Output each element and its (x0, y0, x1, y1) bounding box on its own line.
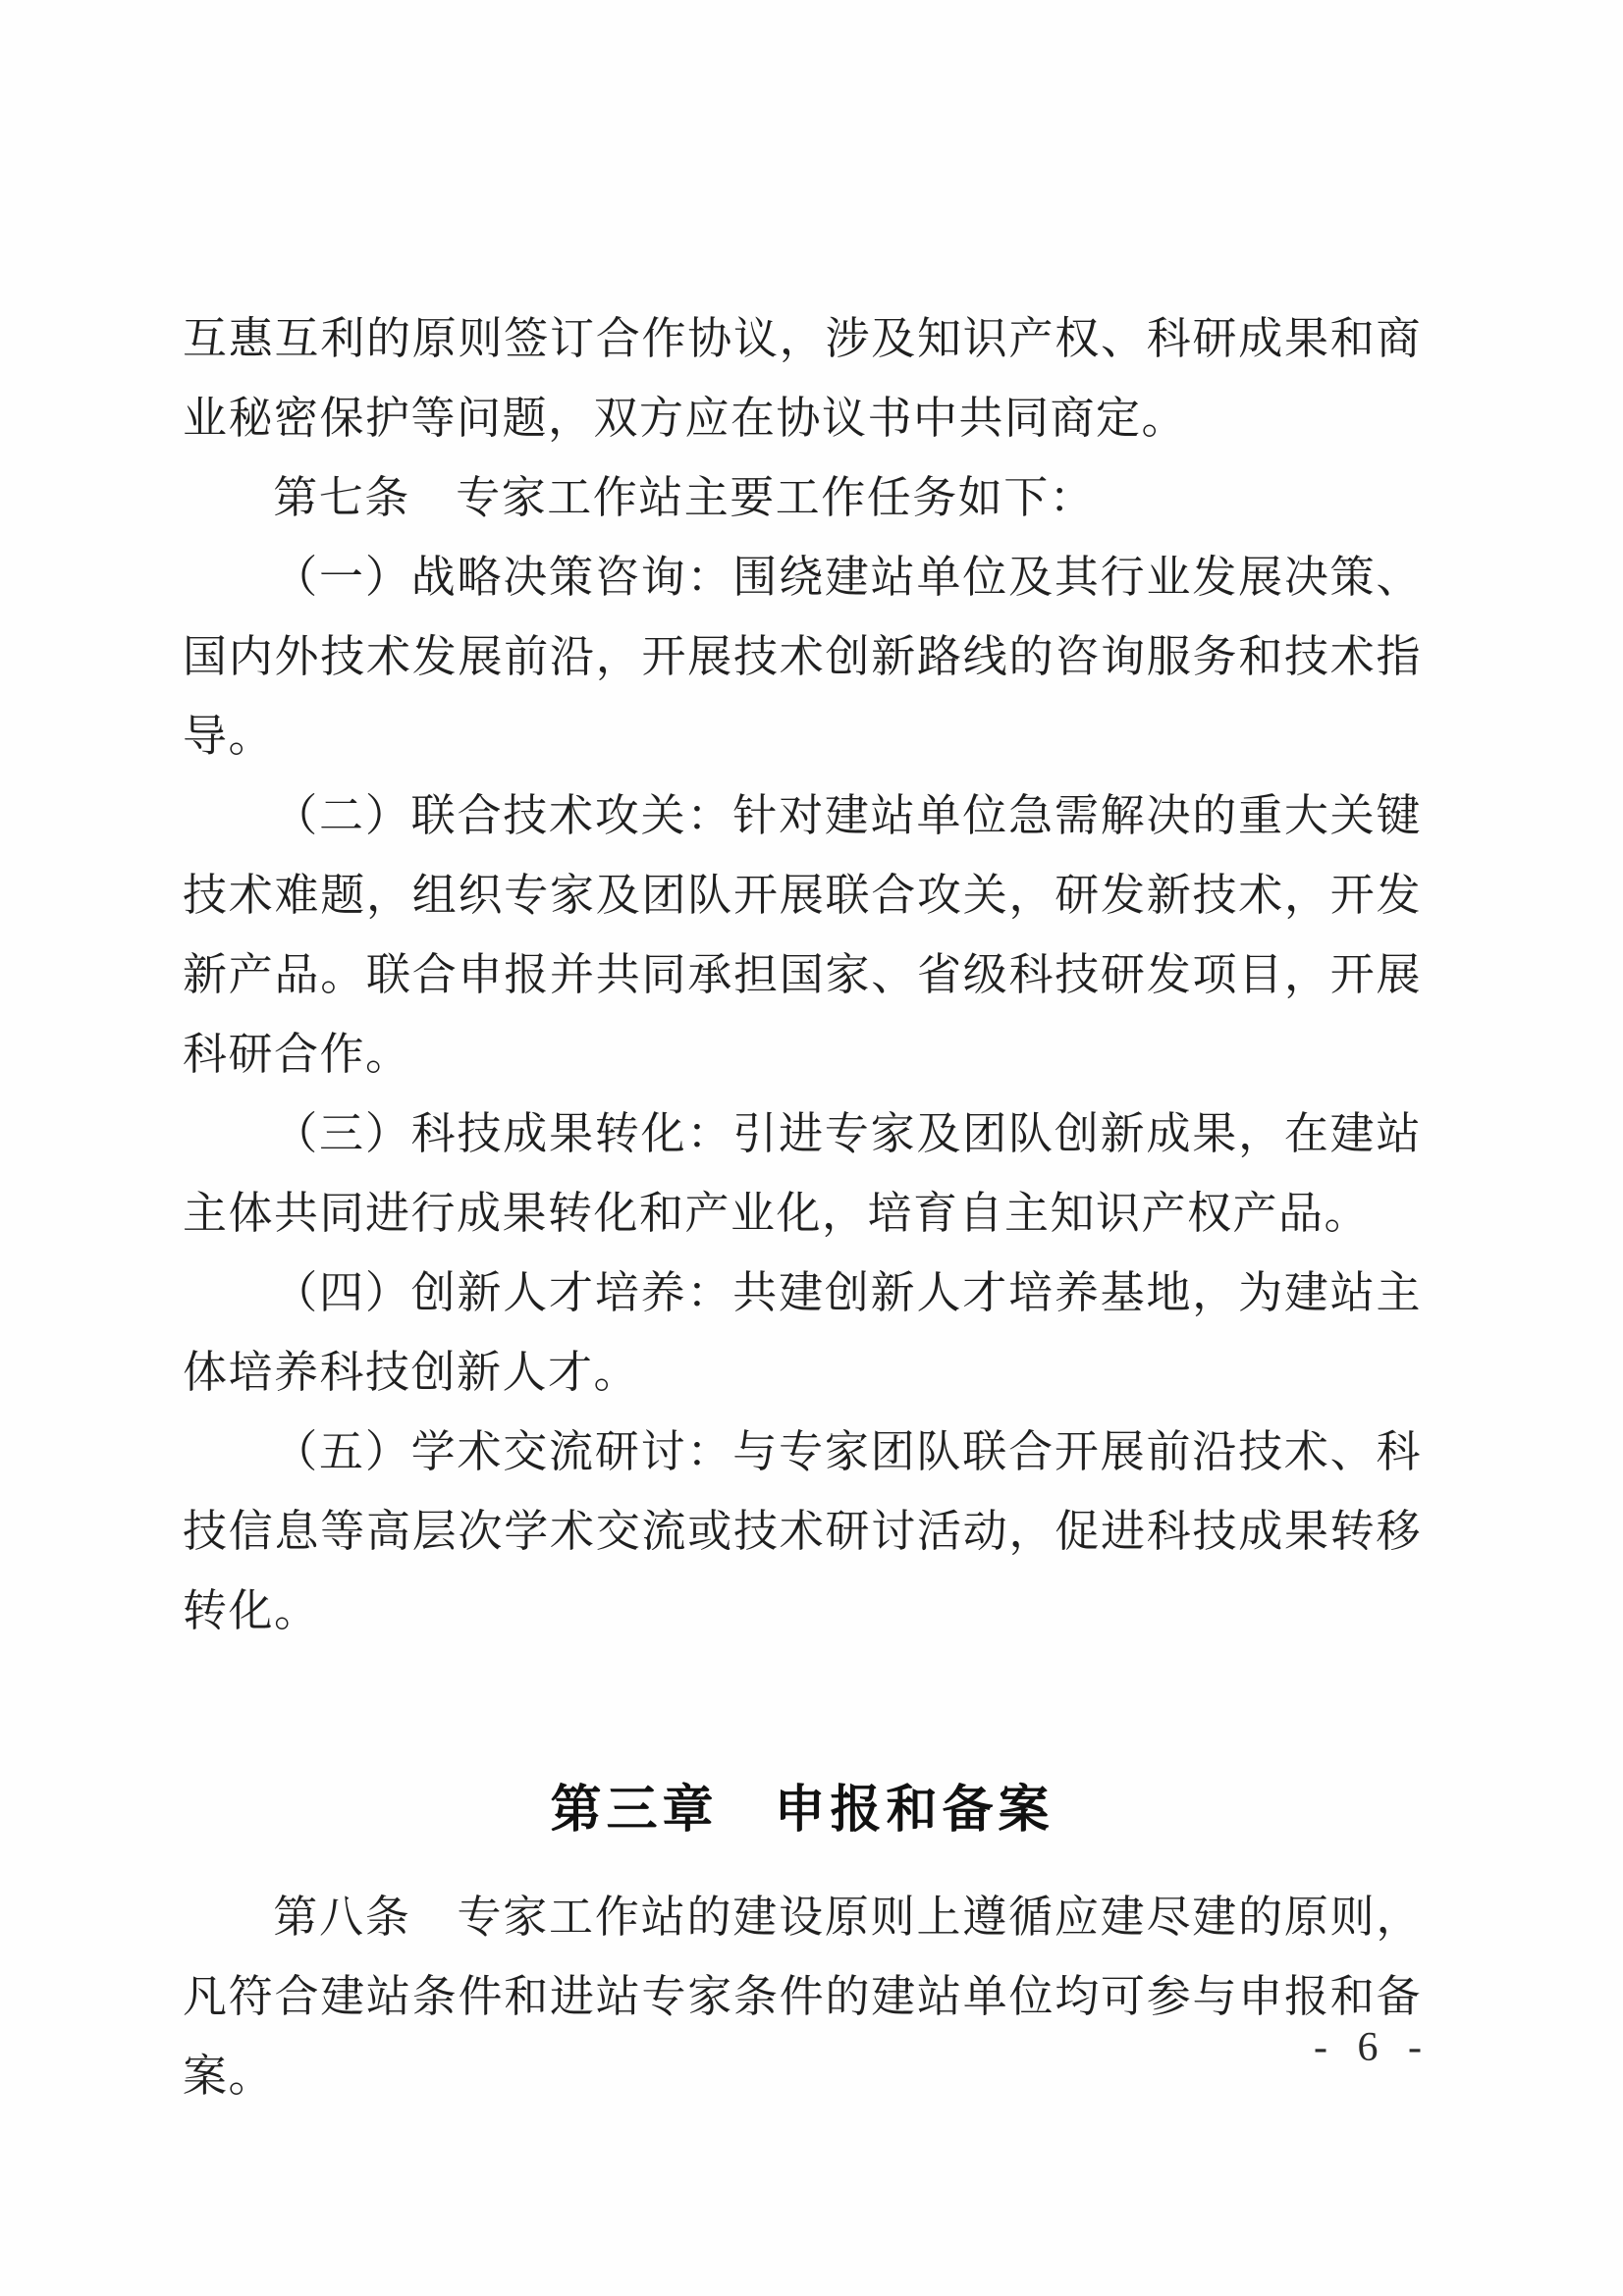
chapter-heading: 第三章 申报和备案 (183, 1769, 1422, 1852)
paragraph-task-2-joint-research: （二）联合技术攻关：针对建站单位急需解决的重大关键技术难题，组织专家及团队开展联… (183, 776, 1422, 1095)
document-page: 互惠互利的原则签订合作协议，涉及知识产权、科研成果和商业秘密保护等问题，双方应在… (0, 0, 1623, 2296)
paragraph-task-5-academic-exchange: （五）学术交流研讨：与专家团队联合开展前沿技术、科技信息等高层次学术交流或技术研… (183, 1413, 1422, 1651)
paragraph-task-3-achievement-transfer: （三）科技成果转化：引进专家及团队创新成果，在建站主体共同进行成果转化和产业化，… (183, 1095, 1422, 1254)
paragraph-task-4-talent-cultivation: （四）创新人才培养：共建创新人才培养基地，为建站主体培养科技创新人才。 (183, 1254, 1422, 1413)
paragraph-cooperation-agreement: 互惠互利的原则签订合作协议，涉及知识产权、科研成果和商业秘密保护等问题，双方应在… (183, 299, 1422, 458)
paragraph-article-8: 第八条 专家工作站的建设原则上遵循应建尽建的原则，凡符合建站条件和进站专家条件的… (183, 1878, 1422, 2116)
page-number: - 6 - (1314, 2024, 1432, 2071)
document-body: 互惠互利的原则签订合作协议，涉及知识产权、科研成果和商业秘密保护等问题，双方应在… (183, 299, 1422, 2116)
paragraph-article-7: 第七条 专家工作站主要工作任务如下： (183, 458, 1422, 538)
paragraph-task-1-strategic-consulting: （一）战略决策咨询：围绕建站单位及其行业发展决策、国内外技术发展前沿，开展技术创… (183, 538, 1422, 776)
